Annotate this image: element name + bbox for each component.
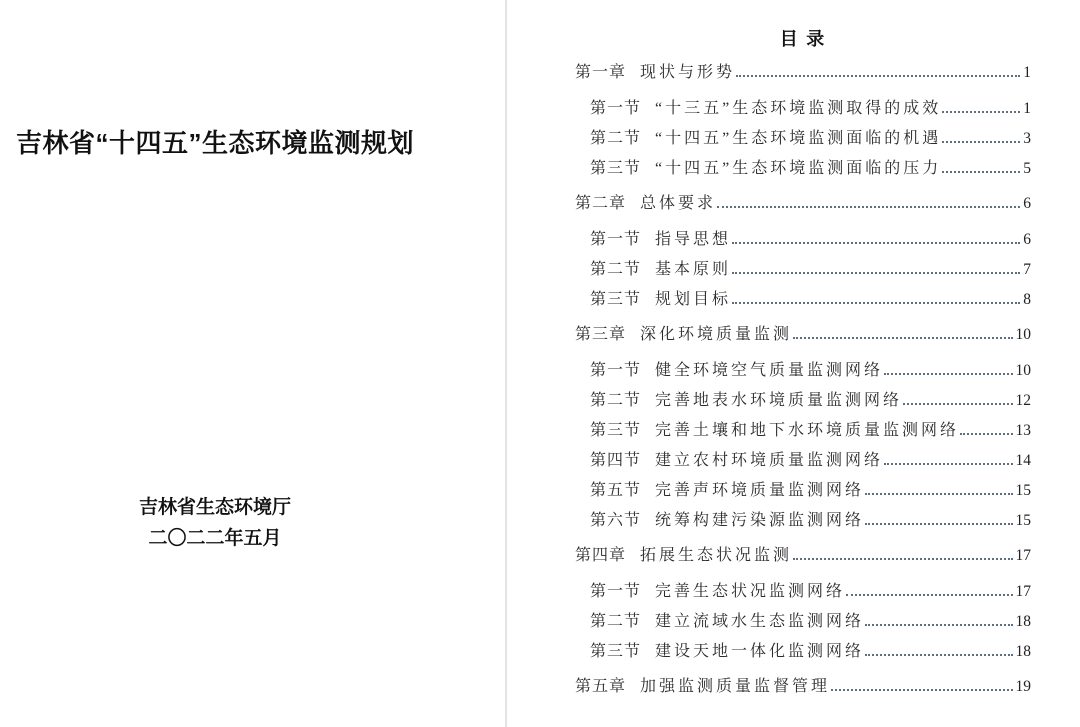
toc-entry: 第三节 建设天地一体化监测网络 18 (575, 637, 1031, 667)
toc-page: 目 录 第一章 现状与形势 1 第一节 “十三五”生态环境监测取得的成效 1 第… (507, 0, 1080, 727)
toc-entry-title: “十四五”生态环境监测面临的机遇 (655, 124, 941, 154)
toc-entry: 第一节 “十三五”生态环境监测取得的成效 1 (575, 94, 1031, 124)
toc-entry-label: 第四章 (575, 541, 626, 571)
toc-entry: 第三节 规划目标 8 (575, 285, 1031, 315)
toc-entry-label: 第二章 (575, 189, 626, 219)
toc-entry-page-number: 1 (1023, 94, 1031, 124)
toc-entry: 第一章 现状与形势 1 (575, 58, 1031, 88)
dot-leader (846, 594, 1012, 596)
cover-date: 二〇二二年五月 (0, 523, 430, 554)
toc-entry-title: 建立农村环境质量监测网络 (655, 446, 883, 476)
toc-heading: 目 录 (575, 25, 1031, 51)
dot-leader (884, 373, 1012, 375)
toc-entry-page-number: 7 (1023, 255, 1031, 285)
dot-leader (793, 337, 1012, 339)
toc-entry: 第三章 深化环境质量监测 10 (575, 320, 1031, 350)
toc-entry-title: 完善土壤和地下水环境质量监测网络 (655, 416, 959, 446)
dot-leader (942, 171, 1020, 173)
toc-entry-title: “十三五”生态环境监测取得的成效 (655, 94, 941, 124)
toc-entry-title: “十四五”生态环境监测面临的压力 (655, 154, 941, 184)
toc-entry-page-number: 6 (1023, 189, 1031, 219)
toc-entry-label: 第一章 (575, 58, 626, 88)
toc-entry-page-number: 10 (1016, 320, 1032, 350)
toc-list: 第一章 现状与形势 1 第一节 “十三五”生态环境监测取得的成效 1 第二节 “… (575, 58, 1031, 708)
toc-entry-label: 第五节 (590, 476, 641, 506)
toc-entry: 第一节 完善生态状况监测网络 17 (575, 577, 1031, 607)
toc-entry-label: 第二节 (590, 386, 641, 416)
toc-entry: 第三节 完善土壤和地下水环境质量监测网络 13 (575, 416, 1031, 446)
toc-entry-page-number: 5 (1023, 154, 1031, 184)
toc-entry-page-number: 15 (1016, 506, 1032, 536)
toc-entry-page-number: 14 (1016, 446, 1032, 476)
cover-footer: 吉林省生态环境厅 二〇二二年五月 (0, 492, 430, 554)
toc-entry-page-number: 18 (1016, 637, 1032, 667)
toc-entry: 第四节 建立农村环境质量监测网络 14 (575, 446, 1031, 476)
toc-entry: 第六节 统筹构建污染源监测网络 15 (575, 506, 1031, 536)
toc-entry-title: 指导思想 (655, 225, 731, 255)
dot-leader (865, 523, 1012, 525)
toc-entry: 第二节 建立流域水生态监测网络 18 (575, 607, 1031, 637)
dot-leader (831, 689, 1012, 691)
toc-entry-label: 第二节 (590, 255, 641, 285)
toc-entry-page-number: 10 (1016, 356, 1032, 386)
toc-entry: 第一节 指导思想 6 (575, 225, 1031, 255)
dot-leader (960, 433, 1012, 435)
dot-leader (732, 242, 1020, 244)
toc-entry-title: 总体要求 (640, 189, 716, 219)
toc-entry: 第二章 总体要求 6 (575, 189, 1031, 219)
toc-entry-label: 第三节 (590, 416, 641, 446)
cover-title: 吉林省“十四五”生态环境监测规划 (0, 127, 430, 159)
dot-leader (865, 493, 1012, 495)
toc-entry: 第五章 加强监测质量监督管理 19 (575, 672, 1031, 702)
toc-entry: 第二节 基本原则 7 (575, 255, 1031, 285)
toc-entry-label: 第二节 (590, 607, 641, 637)
toc-entry-title: 健全环境空气质量监测网络 (655, 356, 883, 386)
toc-entry-label: 第五章 (575, 672, 626, 702)
dot-leader (732, 302, 1020, 304)
toc-entry-page-number: 17 (1016, 577, 1032, 607)
dot-leader (865, 654, 1012, 656)
toc-entry-page-number: 15 (1016, 476, 1032, 506)
toc-entry-label: 第六节 (590, 506, 641, 536)
toc-entry-page-number: 18 (1016, 607, 1032, 637)
toc-entry-title: 建立流域水生态监测网络 (655, 607, 864, 637)
toc-entry-page-number: 3 (1023, 124, 1031, 154)
toc-entry: 第四章 拓展生态状况监测 17 (575, 541, 1031, 571)
toc-entry-label: 第三节 (590, 637, 641, 667)
cover-page: 吉林省“十四五”生态环境监测规划 吉林省生态环境厅 二〇二二年五月 (0, 0, 505, 727)
toc-entry-title: 完善地表水环境质量监测网络 (655, 386, 902, 416)
toc-entry: 第二节 “十四五”生态环境监测面临的机遇 3 (575, 124, 1031, 154)
toc-entry-title: 规划目标 (655, 285, 731, 315)
toc-entry-title: 完善声环境质量监测网络 (655, 476, 864, 506)
toc-entry-page-number: 12 (1016, 386, 1032, 416)
toc-entry-title: 现状与形势 (640, 58, 735, 88)
toc-entry: 第三节 “十四五”生态环境监测面临的压力 5 (575, 154, 1031, 184)
toc-entry: 第一节 健全环境空气质量监测网络 10 (575, 356, 1031, 386)
toc-entry: 第二节 完善地表水环境质量监测网络 12 (575, 386, 1031, 416)
toc-entry-title: 建设天地一体化监测网络 (655, 637, 864, 667)
dot-leader (732, 272, 1020, 274)
dot-leader (736, 75, 1020, 77)
toc-entry-title: 统筹构建污染源监测网络 (655, 506, 864, 536)
toc-entry-page-number: 6 (1023, 225, 1031, 255)
toc-entry-label: 第二节 (590, 124, 641, 154)
toc-entry-page-number: 1 (1023, 58, 1031, 88)
toc-entry-title: 加强监测质量监督管理 (640, 672, 830, 702)
toc-entry: 第五节 完善声环境质量监测网络 15 (575, 476, 1031, 506)
toc-entry-title: 基本原则 (655, 255, 731, 285)
dot-leader (717, 206, 1020, 208)
toc-entry-page-number: 19 (1016, 672, 1032, 702)
dot-leader (942, 141, 1020, 143)
dot-leader (903, 403, 1012, 405)
toc-entry-page-number: 13 (1016, 416, 1032, 446)
dot-leader (884, 463, 1012, 465)
toc-entry-title: 完善生态状况监测网络 (655, 577, 845, 607)
toc-entry-title: 拓展生态状况监测 (640, 541, 792, 571)
toc-entry-label: 第三节 (590, 285, 641, 315)
cover-publisher: 吉林省生态环境厅 (0, 492, 430, 523)
toc-entry-label: 第三章 (575, 320, 626, 350)
dot-leader (942, 111, 1020, 113)
toc-entry-page-number: 8 (1023, 285, 1031, 315)
toc-entry-label: 第一节 (590, 356, 641, 386)
toc-entry-label: 第四节 (590, 446, 641, 476)
dot-leader (793, 558, 1012, 560)
toc-entry-label: 第三节 (590, 154, 641, 184)
toc-entry-label: 第一节 (590, 225, 641, 255)
toc-entry-label: 第一节 (590, 577, 641, 607)
toc-entry-title: 深化环境质量监测 (640, 320, 792, 350)
dot-leader (865, 624, 1012, 626)
toc-entry-label: 第一节 (590, 94, 641, 124)
toc-entry-page-number: 17 (1016, 541, 1032, 571)
